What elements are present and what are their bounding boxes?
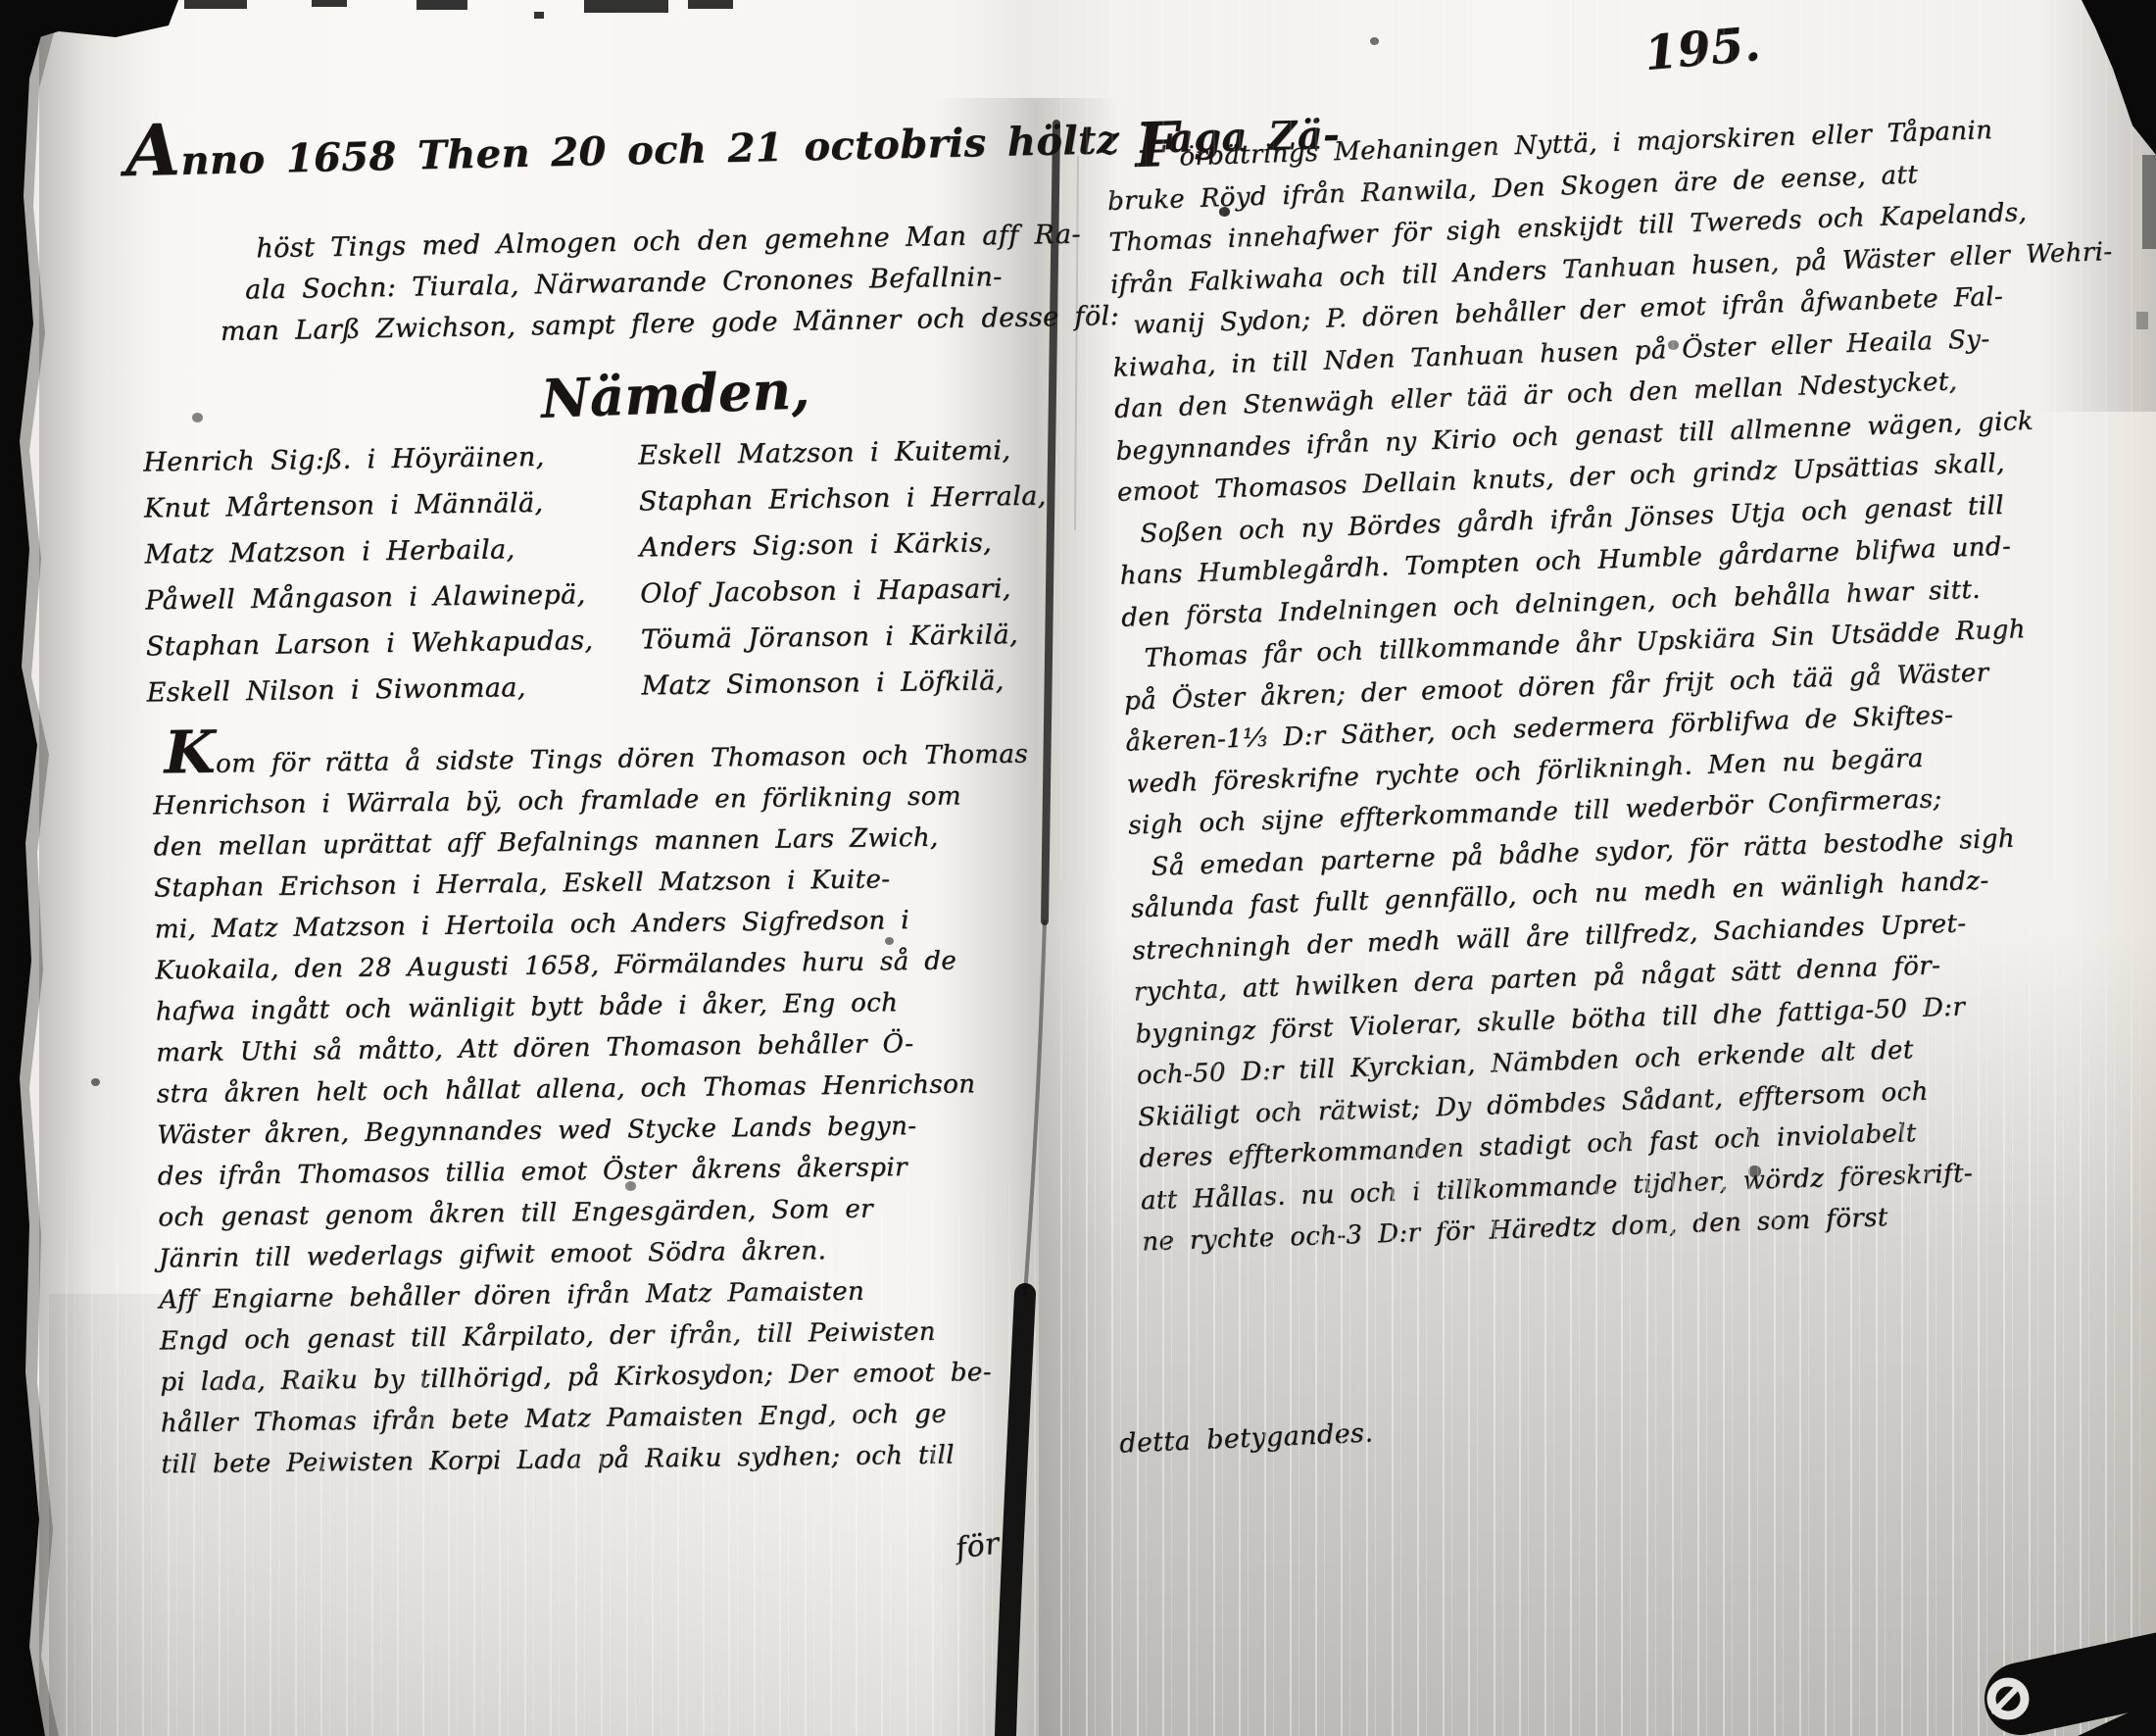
right-edge-speck bbox=[2136, 312, 2148, 329]
section-heading-namden: Nämden, bbox=[540, 358, 811, 430]
left-binding-edge bbox=[0, 0, 51, 1736]
jury-name-left: Påwell Mångason i Alawinepä, bbox=[145, 578, 640, 616]
jury-list: Henrich Sig:ß. i Höyräinen, Eskell Matzs… bbox=[143, 435, 1058, 724]
jury-name-right: Matz Simonson i Löfkilä, bbox=[641, 665, 1057, 701]
jury-name-left: Staphan Larson i Wehkapudas, bbox=[146, 624, 641, 662]
left-page-paragraph: Kom för rätta å sidste Tings dören Thoma… bbox=[152, 734, 1037, 1486]
clasp-rivet-ring bbox=[1991, 1682, 2025, 1715]
clasp-rivet-slot bbox=[1994, 1685, 2020, 1711]
left-edge-shading bbox=[39, 0, 167, 1736]
catchword: för bbox=[954, 1526, 1002, 1566]
page-number: 195. bbox=[1642, 17, 1763, 81]
top-left-corner bbox=[0, 0, 178, 43]
jury-name-left: Henrich Sig:ß. i Höyräinen, bbox=[143, 440, 638, 477]
closing-line: detta betygandes. bbox=[1118, 1417, 1373, 1459]
jury-name-right: Eskell Matzson i Kuitemi, bbox=[638, 435, 1054, 471]
ink-specks bbox=[0, 0, 5, 4]
jury-name-right: Staphan Erichson i Herrala, bbox=[639, 481, 1055, 518]
manuscript-scan: 195. Anno 1658 Then 20 och 21 octobris h… bbox=[0, 0, 2156, 1736]
right-page-paragraph: Förbätrings Mehaningen Nyttä, i majorski… bbox=[1105, 106, 2145, 1264]
left-binding-fringe bbox=[0, 0, 63, 1736]
jury-name-right: Olof Jacobson i Hapasari, bbox=[640, 573, 1056, 610]
jury-name-left: Matz Matzson i Herbaila, bbox=[144, 532, 639, 570]
jury-name-left: Knut Mårtenson i Männälä, bbox=[144, 486, 639, 523]
jury-name-right: Anders Sig:son i Kärkis, bbox=[639, 527, 1055, 564]
left-page-intro: höst Tings med Almogen och den gemehne M… bbox=[219, 214, 1119, 353]
jury-name-left: Eskell Nilson i Siwonmaa, bbox=[146, 670, 641, 708]
jury-name-right: Töumä Jöranson i Kärkilä, bbox=[641, 620, 1057, 656]
top-edge-marks bbox=[184, 0, 733, 19]
clasp-bottom-right bbox=[1991, 1665, 2156, 1736]
right-edge-strip bbox=[2142, 155, 2156, 249]
